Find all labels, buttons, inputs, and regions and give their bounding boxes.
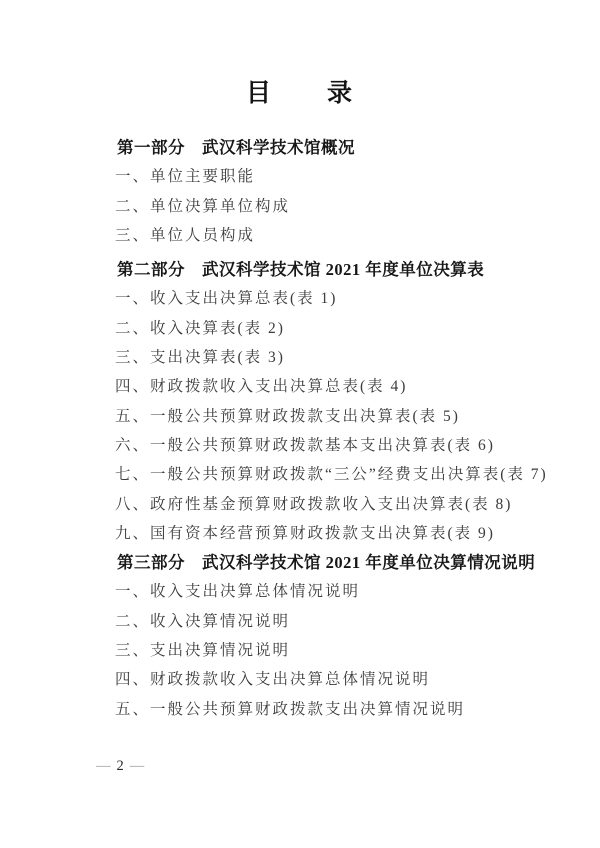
section-heading: 第一部分 武汉科学技术馆概况 [84,133,552,162]
toc-item: 一、收入支出决算总体情况说明 [84,577,552,606]
toc-item: 七、一般公共预算财政拨款“三公”经费支出决算表(表 7) [84,460,552,489]
toc-item: 二、收入决算表(表 2) [84,314,552,343]
page-number: —2— [90,758,150,775]
toc-section-2: 第二部分 武汉科学技术馆 2021 年度单位决算表 一、收入支出决算总表(表 1… [84,255,552,548]
toc-item: 二、收入决算情况说明 [84,607,552,636]
toc-item: 八、政府性基金预算财政拨款收入支出决算表(表 8) [84,490,552,519]
page-number-value: 2 [117,758,124,774]
toc-content: 第一部分 武汉科学技术馆概况 一、单位主要职能 二、单位决算单位构成 三、单位人… [0,109,600,724]
toc-item: 五、一般公共预算财政拨款支出决算情况说明 [84,695,552,724]
toc-item: 二、单位决算单位构成 [84,192,552,221]
toc-item: 四、财政拨款收入支出决算总体情况说明 [84,665,552,694]
toc-item: 四、财政拨款收入支出决算总表(表 4) [84,372,552,401]
toc-item: 一、收入支出决算总表(表 1) [84,284,552,313]
toc-item: 三、单位人员构成 [84,221,552,250]
page-number-dash: — [130,758,145,774]
section-heading: 第二部分 武汉科学技术馆 2021 年度单位决算表 [84,255,552,284]
toc-item: 一、单位主要职能 [84,162,552,191]
toc-section-1: 第一部分 武汉科学技术馆概况 一、单位主要职能 二、单位决算单位构成 三、单位人… [84,133,552,250]
page-number-dash: — [96,758,111,774]
toc-section-3: 第三部分 武汉科学技术馆 2021 年度单位决算情况说明 一、收入支出决算总体情… [84,548,552,724]
section-heading: 第三部分 武汉科学技术馆 2021 年度单位决算情况说明 [84,548,552,577]
toc-item: 九、国有资本经营预算财政拨款支出决算表(表 9) [84,519,552,548]
page-title: 目 录 [0,0,600,109]
document-page: 目 录 第一部分 武汉科学技术馆概况 一、单位主要职能 二、单位决算单位构成 三… [0,0,600,848]
toc-item: 五、一般公共预算财政拨款支出决算表(表 5) [84,402,552,431]
toc-item: 三、支出决算表(表 3) [84,343,552,372]
toc-item: 六、一般公共预算财政拨款基本支出决算表(表 6) [84,431,552,460]
toc-item: 三、支出决算情况说明 [84,636,552,665]
